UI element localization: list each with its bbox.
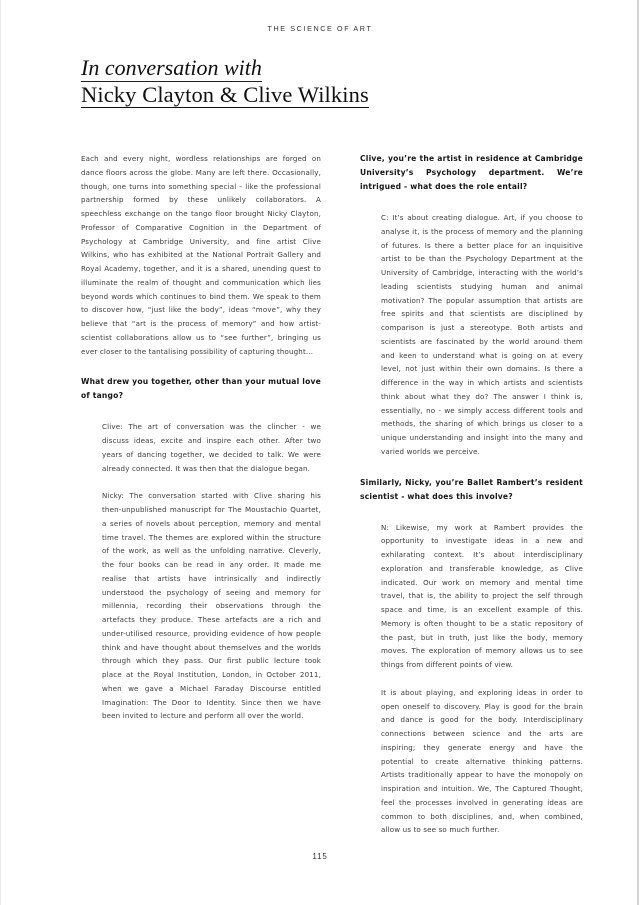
right-column: Clive, you’re the artist in residence at… bbox=[360, 152, 583, 837]
answer-paragraph-nicky-cont: It is about playing, and exploring ideas… bbox=[360, 686, 583, 837]
left-column: Each and every night, wordless relations… bbox=[81, 152, 321, 723]
running-head: THE SCIENCE OF ART bbox=[0, 24, 640, 33]
intro-paragraph: Each and every night, wordless relations… bbox=[81, 152, 321, 358]
question-heading: Clive, you’re the artist in residence at… bbox=[360, 152, 583, 194]
answer-paragraph-nicky: Nicky: The conversation started with Cli… bbox=[81, 489, 321, 723]
title-names: Nicky Clayton & Clive Wilkins bbox=[81, 82, 369, 108]
page-edge-left bbox=[0, 0, 1, 905]
question-heading: Similarly, Nicky, you’re Ballet Rambert’… bbox=[360, 476, 583, 504]
page-edge-right bbox=[637, 0, 639, 905]
answer-paragraph-nicky: N: Likewise, my work at Rambert provides… bbox=[360, 521, 583, 672]
article-title: In conversation with Nicky Clayton & Cli… bbox=[81, 56, 369, 108]
title-kicker: In conversation with bbox=[81, 56, 262, 82]
answer-paragraph-clive: C: It’s about creating dialogue. Art, if… bbox=[360, 211, 583, 459]
page-number: 115 bbox=[0, 852, 640, 861]
question-heading: What drew you together, other than your … bbox=[81, 375, 321, 403]
answer-paragraph-clive: Clive: The art of conversation was the c… bbox=[81, 420, 321, 475]
